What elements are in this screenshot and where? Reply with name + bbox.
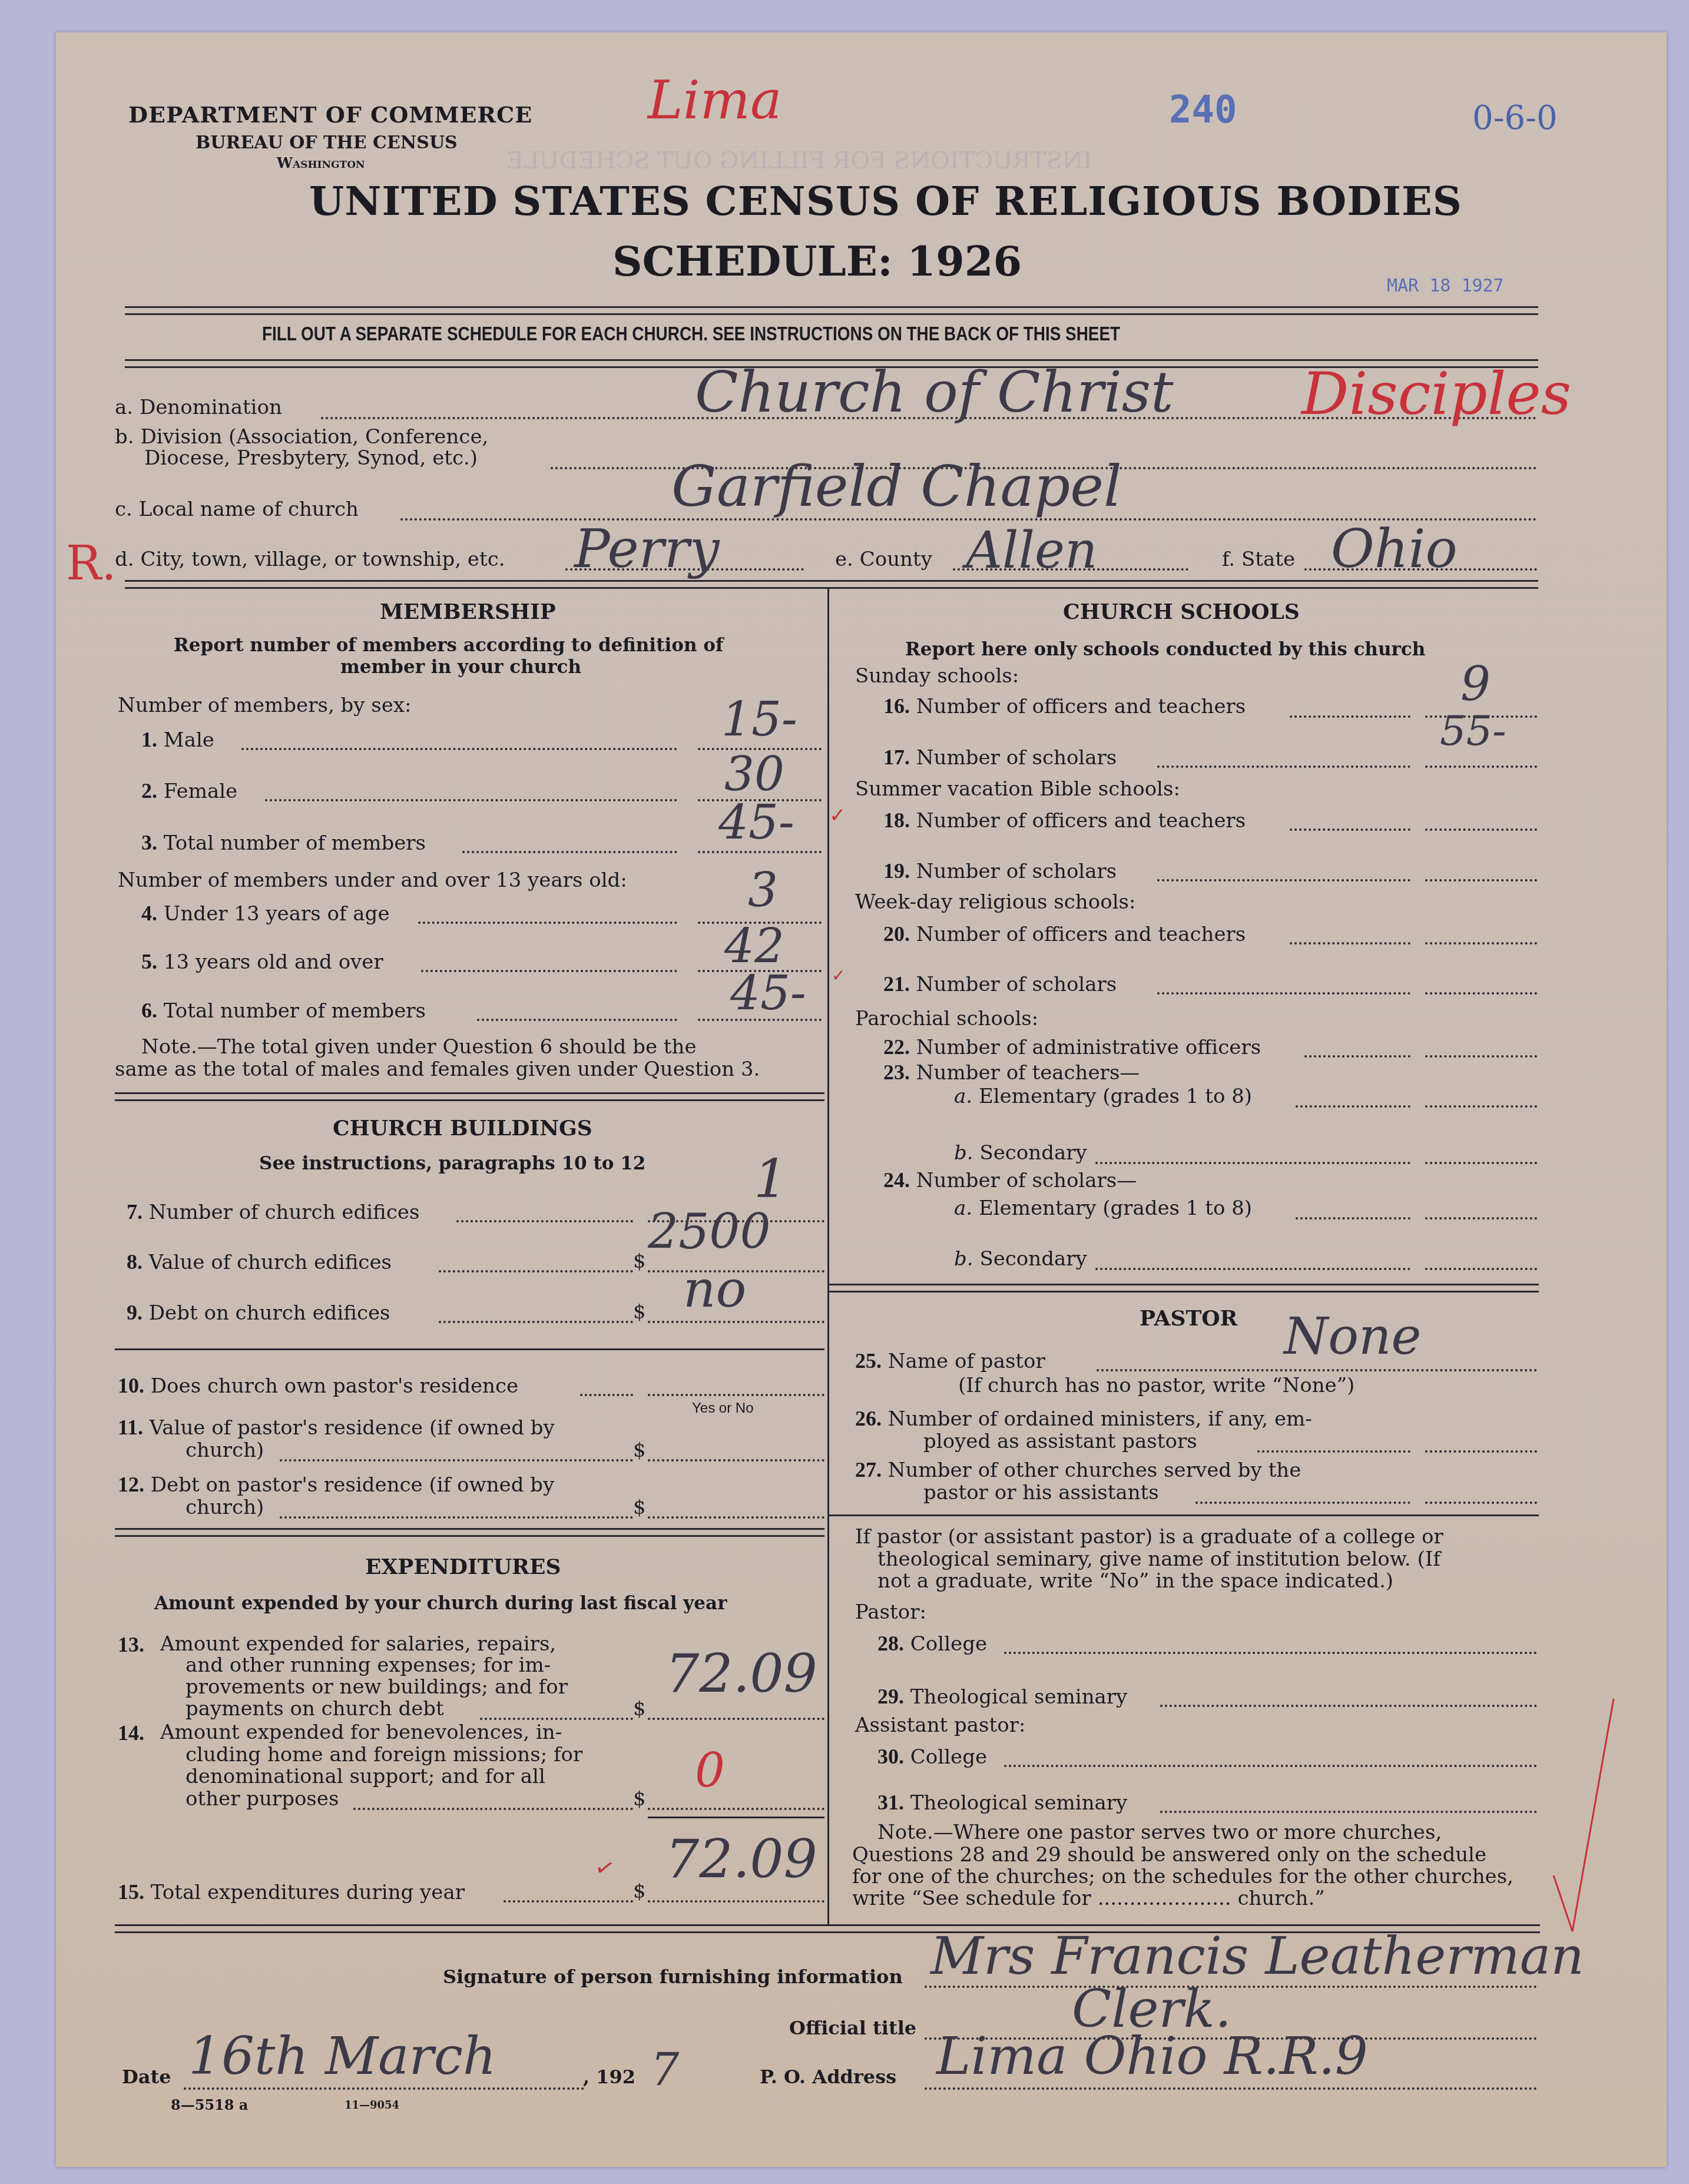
membership-note: Note.—The total given under Question 6 s…: [141, 1035, 697, 1059]
pastor-note-1: Note.—Where one pastor serves two or mor…: [877, 1821, 1442, 1844]
item-number: 13.: [118, 1632, 144, 1657]
print-code: 11—9054: [345, 2099, 399, 2112]
running-expenses-value: 72.09: [665, 1643, 817, 1705]
identity-rule: [125, 580, 1538, 589]
teachers-elementary-label: Elementary (grades 1 to 8): [979, 1085, 1252, 1108]
item-number: 12.: [118, 1473, 144, 1496]
item-number: 8.: [127, 1250, 143, 1274]
item-number: 18.: [883, 808, 910, 832]
weekday-scholars-label: Number of scholars: [916, 973, 1117, 996]
leader-dots: [1095, 1162, 1410, 1164]
assistant-pastors-label: Number of ordained ministers, if any, em…: [888, 1407, 1312, 1431]
leader-dots: [439, 1270, 633, 1272]
teachers-elementary-field[interactable]: [1425, 1105, 1537, 1108]
assistant-pastors-label-cont: ployed as assistant pastors: [923, 1430, 1197, 1453]
denomination-value: Church of Christ: [695, 359, 1174, 425]
leader-dots: [1157, 765, 1410, 768]
show-through-text: INSTRUCTIONS FOR FILLING OUT SCHEDULE: [506, 147, 1092, 174]
division-label: b. Division (Association, Conference,: [115, 425, 488, 449]
total-expenditures-value: 72.09: [665, 1828, 817, 1890]
item-number: 11.: [118, 1416, 143, 1439]
other-churches-label: Number of other churches served by the: [888, 1459, 1301, 1482]
benevolences-label-3: denominational support; and for all: [186, 1765, 545, 1788]
buildings-mid-rule: [115, 1348, 824, 1350]
item-number: 1.: [141, 728, 157, 751]
weekday-officers-label: Number of officers and teachers: [916, 923, 1246, 946]
item-number: 10.: [118, 1374, 144, 1397]
expenditures-heading: EXPENDITURES: [365, 1555, 561, 1579]
leader-dots: [462, 851, 677, 853]
running-expenses-label-3: provements or new buildings; and for: [186, 1675, 568, 1699]
form-title: UNITED STATES CENSUS OF RELIGIOUS BODIES: [309, 178, 1462, 225]
leader-dots: [1257, 1450, 1410, 1453]
summer-schools-label: Summer vacation Bible schools:: [855, 777, 1180, 801]
total-members-label: Total number of members: [164, 831, 426, 855]
running-expenses-field[interactable]: [648, 1718, 824, 1720]
form-number: 8—5518 a: [171, 2096, 248, 2113]
item-letter: b.: [954, 1141, 973, 1165]
po-address-field[interactable]: [925, 2087, 1537, 2090]
weekday-officers-field[interactable]: [1425, 942, 1537, 944]
item-number: 28.: [877, 1632, 904, 1655]
assistant-pastor-sublabel: Assistant pastor:: [855, 1714, 1025, 1737]
residence-value-field[interactable]: [648, 1459, 824, 1461]
leader-dots: [504, 1900, 633, 1903]
edifices-value-label: Value of church edifices: [149, 1251, 392, 1274]
item-letter: a.: [954, 1085, 972, 1108]
item-number: 26.: [855, 1407, 882, 1430]
item-number: 31.: [877, 1791, 904, 1814]
graduate-note-3: not a graduate, write “No” in the space …: [877, 1569, 1393, 1593]
county-value: Allen: [966, 521, 1097, 580]
leader-dots: [1290, 715, 1410, 718]
residence-value-label-cont: church): [186, 1439, 264, 1462]
expenditures-subheading: Amount expended by your church during la…: [154, 1593, 727, 1614]
dollar-sign: $: [633, 1697, 646, 1721]
sum-rule: [648, 1817, 824, 1818]
leader-dots: [1296, 1105, 1410, 1108]
item-number: 19.: [883, 859, 910, 883]
teachers-label: Number of teachers—: [916, 1061, 1140, 1085]
denomination-label: a. Denomination: [115, 396, 282, 419]
membership-subheading: Report number of members according to de…: [174, 635, 723, 656]
leader-dots: [265, 799, 677, 801]
female-label: Female: [164, 780, 237, 803]
stamp-number: 240: [1169, 88, 1237, 132]
item-number: 29.: [877, 1685, 904, 1708]
item-number: 14.: [118, 1721, 144, 1745]
item-number: 21.: [883, 972, 910, 996]
total-members-value: 45-: [718, 795, 794, 850]
item-number: 7.: [127, 1200, 143, 1224]
leader-dots: [1296, 1217, 1410, 1219]
leader-dots: [418, 922, 677, 924]
leader-dots: [1290, 942, 1410, 944]
summer-scholars-label: Number of scholars: [916, 860, 1117, 883]
leader-dots: [1157, 879, 1410, 881]
department-name: DEPARTMENT OF COMMERCE: [128, 101, 532, 128]
schedule-year: SCHEDULE: 1926: [612, 237, 1022, 286]
sunday-officers-label: Number of officers and teachers: [916, 695, 1246, 718]
buildings-rule: [115, 1528, 824, 1537]
assistant-seminary-label: Theological seminary: [910, 1791, 1127, 1815]
state-label: f. State: [1222, 548, 1295, 571]
pastor-mid-rule: [829, 1514, 1539, 1516]
leader-dots: [280, 1516, 633, 1519]
admin-officers-label: Number of administrative officers: [916, 1036, 1261, 1059]
other-churches-label-cont: pastor or his assistants: [923, 1481, 1159, 1504]
assistant-college-field[interactable]: [1004, 1765, 1537, 1767]
leader-dots: [241, 748, 677, 750]
pastor-seminary-label: Theological seminary: [910, 1685, 1127, 1709]
pastor-sublabel: Pastor:: [855, 1600, 926, 1624]
weekday-scholars-field[interactable]: [1425, 992, 1537, 995]
local-name-value: Garfield Chapel: [671, 453, 1122, 519]
membership-subheading-cont: member in your church: [340, 657, 581, 678]
teachers-secondary-label: Secondary: [979, 1141, 1087, 1165]
total-members-field[interactable]: [698, 851, 822, 853]
pastor-note-4: write “See schedule for ................…: [852, 1887, 1325, 1910]
po-address-label: P. O. Address: [760, 2066, 896, 2088]
membership-heading: MEMBERSHIP: [380, 599, 556, 624]
dollar-sign: $: [633, 1300, 646, 1324]
sunday-scholars-field[interactable]: [1425, 765, 1537, 768]
sunday-officers-value: 9: [1461, 657, 1491, 711]
item-number: 25.: [855, 1349, 882, 1373]
bureau-city: Washington: [277, 154, 365, 171]
edifices-count-value: 1: [754, 1148, 787, 1210]
other-churches-field[interactable]: [1425, 1502, 1537, 1504]
code-annotation: 0-6-0: [1472, 99, 1558, 137]
item-number: 27.: [855, 1458, 882, 1482]
signature-label: Signature of person furnishing informati…: [443, 1966, 903, 1988]
scholars-elementary-label: Elementary (grades 1 to 8): [979, 1197, 1252, 1220]
running-expenses-label: Amount expended for salaries, repairs,: [160, 1632, 556, 1656]
church-schools-subheading: Report here only schools conducted by th…: [905, 639, 1425, 660]
dollar-sign: $: [633, 1880, 646, 1903]
leader-dots: [1304, 1055, 1410, 1058]
edifices-count-label: Number of church edifices: [149, 1201, 420, 1224]
scholars-label: Number of scholars—: [916, 1169, 1137, 1192]
dollar-sign: $: [633, 1250, 646, 1273]
scholars-elementary-field[interactable]: [1425, 1217, 1537, 1219]
item-number: 4.: [141, 902, 157, 925]
leader-dots: [353, 1808, 633, 1810]
owns-residence-label: Does church own pastor's residence: [151, 1374, 518, 1398]
edifices-debt-label: Debt on church edifices: [149, 1301, 390, 1325]
residence-debt-label-cont: church): [186, 1496, 264, 1519]
bureau-name: BUREAU OF THE CENSUS: [196, 132, 458, 153]
division-label-cont: Diocese, Presbytery, Synod, etc.): [144, 446, 478, 470]
pastor-seminary-field[interactable]: [1160, 1705, 1537, 1707]
benevolences-label-2: cluding home and foreign missions; for: [186, 1743, 582, 1767]
scholars-secondary-label: Secondary: [979, 1247, 1087, 1271]
under-13-label: Under 13 years of age: [164, 902, 390, 926]
yes-no-hint: Yes or No: [692, 1400, 754, 1417]
pastor-college-field[interactable]: [1004, 1652, 1537, 1654]
leader-dots: [1290, 828, 1410, 831]
year-suffix: 7: [651, 2043, 679, 2096]
leader-dots: [1157, 992, 1410, 995]
graduate-note-1: If pastor (or assistant pastor) is a gra…: [855, 1525, 1443, 1549]
assistant-college-label: College: [910, 1745, 987, 1769]
dollar-sign: $: [633, 1496, 646, 1519]
leader-dots: [456, 1220, 633, 1222]
date-label: Date: [122, 2066, 171, 2088]
item-number: 22.: [883, 1035, 910, 1059]
pastor-note-2: Questions 28 and 29 should be answered o…: [852, 1843, 1486, 1867]
edifices-value: 2500: [648, 1204, 771, 1260]
leader-dots: [1095, 1268, 1410, 1270]
item-number: 5.: [141, 950, 157, 973]
membership-note-cont: same as the total of males and females g…: [115, 1058, 760, 1081]
benevolences-label-4: other purposes: [186, 1787, 339, 1811]
by-age-label: Number of members under and over 13 year…: [118, 869, 627, 892]
teachers-secondary-field[interactable]: [1425, 1162, 1537, 1164]
item-number: 6.: [141, 999, 157, 1022]
item-number: 3.: [141, 831, 157, 854]
male-value: 15-: [721, 692, 797, 747]
under-13-value: 3: [748, 863, 778, 917]
pastor-name-label: Name of pastor: [888, 1350, 1045, 1373]
leader-dots: [439, 1321, 633, 1323]
item-letter: a.: [954, 1197, 972, 1220]
date-value: 16th March: [188, 2026, 496, 2086]
city-value: Perry: [574, 518, 720, 580]
pastor-name-value: None: [1284, 1307, 1421, 1366]
red-tick-18: ✓: [829, 804, 846, 827]
leader-dots: [480, 1718, 633, 1720]
total-expenditures-field[interactable]: [648, 1900, 824, 1903]
item-number: 17.: [883, 745, 910, 769]
male-label: Male: [164, 728, 214, 752]
owns-residence-field[interactable]: [648, 1394, 824, 1396]
leader-dots: [477, 1019, 677, 1021]
running-expenses-label-4: payments on church debt: [186, 1697, 444, 1721]
parochial-schools-label: Parochial schools:: [855, 1007, 1038, 1030]
city-label: d. City, town, village, or township, etc…: [115, 548, 505, 571]
leader-dots: [580, 1394, 633, 1396]
red-tick-21: ✓: [832, 966, 845, 985]
item-number: 16.: [883, 694, 910, 718]
item-number: 20.: [883, 922, 910, 946]
over-13-label: 13 years old and over: [164, 950, 383, 974]
header-rule: [125, 306, 1538, 315]
summer-officers-label: Number of officers and teachers: [916, 809, 1246, 833]
edifices-debt-value: no: [683, 1260, 746, 1319]
sunday-scholars-label: Number of scholars: [916, 746, 1117, 770]
weekday-schools-label: Week-day religious schools:: [855, 890, 1135, 914]
residence-value-label: Value of pastor's residence (if owned by: [150, 1416, 555, 1440]
received-date-stamp: MAR 18 1927: [1387, 276, 1504, 296]
graduate-note-2: theological seminary, give name of insti…: [877, 1547, 1440, 1571]
pastor-heading: PASTOR: [1140, 1306, 1237, 1331]
pastor-college-label: College: [910, 1632, 987, 1656]
assistant-pastors-field[interactable]: [1425, 1450, 1537, 1453]
instructions-banner: FILL OUT A SEPARATE SCHEDULE FOR EACH CH…: [262, 323, 1120, 346]
official-title-label: Official title: [789, 2017, 916, 2039]
sunday-schools-label: Sunday schools:: [855, 664, 1019, 688]
local-name-label: c. Local name of church: [115, 498, 359, 521]
red-mark-r: R.: [66, 536, 117, 591]
sunday-scholars-value: 55-: [1440, 707, 1506, 755]
denomination-red-annotation: Disciples: [1301, 359, 1571, 428]
red-annotation-city: Lima: [648, 69, 782, 131]
total-members-2-label: Total number of members: [164, 999, 426, 1023]
item-number: 30.: [877, 1745, 904, 1768]
residence-debt-label: Debt on pastor's residence (if owned by: [151, 1473, 554, 1497]
item-letter: b.: [954, 1247, 973, 1271]
item-number: 23.: [883, 1060, 910, 1084]
benevolences-value: 0: [695, 1743, 725, 1798]
summer-officers-field[interactable]: [1425, 828, 1537, 831]
admin-officers-field[interactable]: [1425, 1055, 1537, 1058]
church-schools-heading: CHURCH SCHOOLS: [1063, 599, 1300, 624]
item-number: 24.: [883, 1168, 910, 1192]
membership-rule: [115, 1092, 824, 1101]
running-expenses-label-2: and other running expenses; for im-: [186, 1653, 551, 1677]
edifices-debt-field[interactable]: [648, 1321, 824, 1323]
leader-dots: [280, 1459, 633, 1461]
state-value: Ohio: [1331, 518, 1458, 580]
item-number: 9.: [127, 1301, 143, 1324]
scholars-secondary-field[interactable]: [1425, 1268, 1537, 1270]
dollar-sign: $: [633, 1439, 646, 1462]
item-number: 2.: [141, 779, 157, 803]
column-divider: [827, 589, 829, 1926]
female-value: 30: [724, 747, 784, 801]
by-sex-label: Number of members, by sex:: [118, 694, 411, 717]
benevolences-field[interactable]: [648, 1808, 824, 1810]
dollar-sign: $: [633, 1787, 646, 1811]
year-prefix: , 192: [583, 2066, 635, 2088]
pastor-name-hint: (If church has no pastor, write “None”): [958, 1374, 1354, 1397]
assistant-seminary-field[interactable]: [1160, 1811, 1537, 1813]
benevolences-label: Amount expended for benevolences, in-: [160, 1721, 562, 1744]
signature-value: Mrs Francis Leatherman: [930, 1926, 1584, 1986]
po-address-value: Lima Ohio R.R.9: [936, 2026, 1368, 2086]
pastor-note-3: for one of the churches; on the schedule…: [852, 1865, 1514, 1888]
buildings-heading: CHURCH BUILDINGS: [333, 1116, 592, 1141]
buildings-subheading: See instructions, paragraphs 10 to 12: [259, 1153, 645, 1174]
date-field[interactable]: [184, 2087, 584, 2090]
leader-dots: [421, 970, 677, 972]
item-number: 15.: [118, 1880, 144, 1904]
county-label: e. County: [835, 548, 932, 571]
schools-rule: [829, 1284, 1539, 1292]
residence-debt-field[interactable]: [648, 1516, 824, 1519]
summer-scholars-field[interactable]: [1425, 879, 1537, 881]
total-expenditures-label: Total expenditures during year: [151, 1881, 465, 1904]
red-check-mark-large: [1531, 1696, 1625, 1955]
total-members-2-value: 45-: [730, 966, 806, 1020]
leader-dots: [1195, 1502, 1410, 1504]
pastor-name-field[interactable]: [1097, 1369, 1537, 1371]
